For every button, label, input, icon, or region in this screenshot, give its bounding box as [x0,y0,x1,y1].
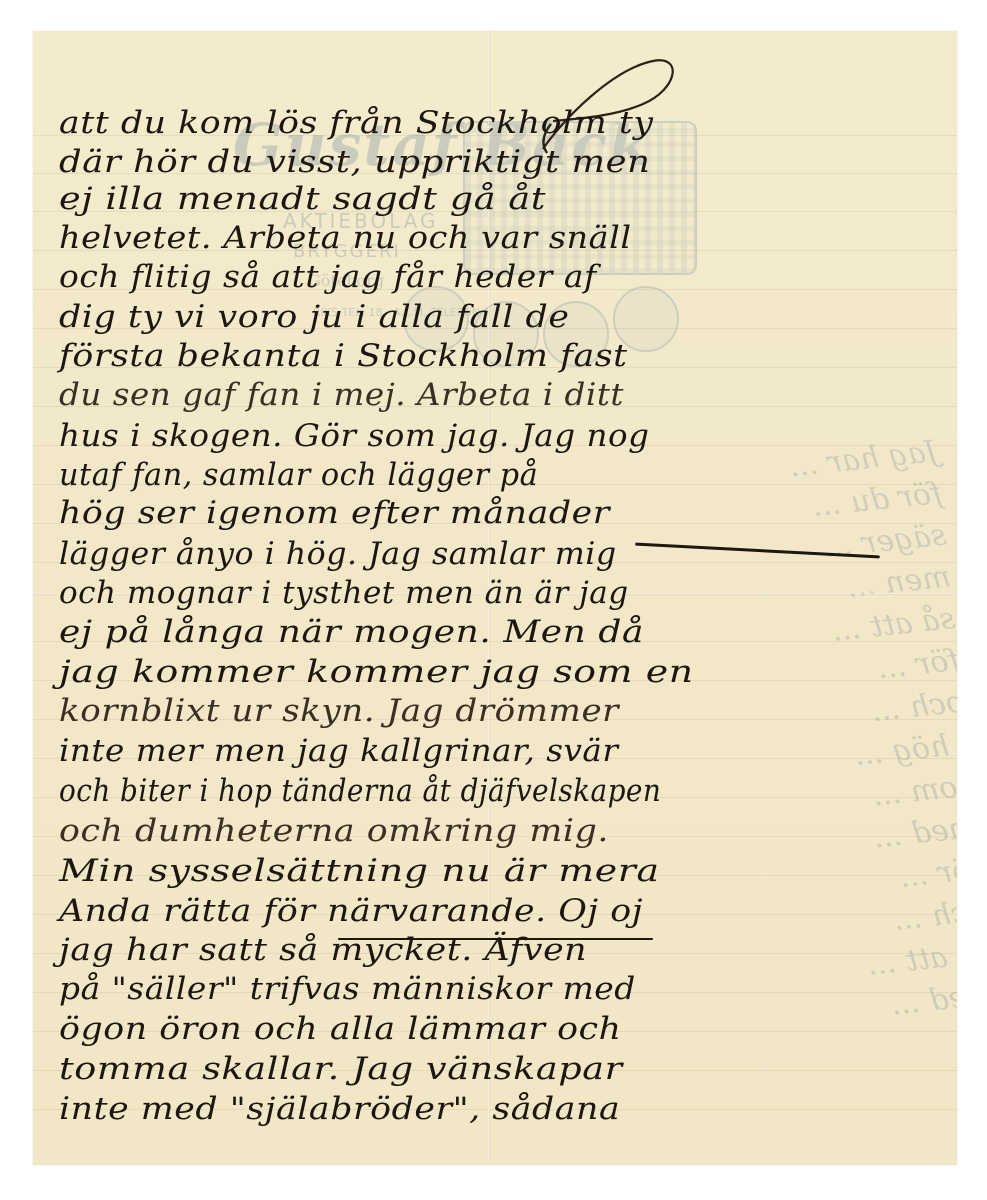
text-line: ögon öron och alla lämmar och [59,1011,622,1047]
text-line: ej på långa när mogen. Men då [59,614,644,650]
text-line: och dumheterna omkring mig. [59,813,609,849]
text-line: tomma skallar. Jag vänskapar [59,1051,623,1087]
text-line: Anda rätta för närvarande. Oj oj [59,893,643,929]
text-line: inte mer men jag kallgrinar, svär [59,733,618,769]
text-line: kornblixt ur skyn. Jag drömmer [59,693,619,729]
text-line: hus i skogen. Gör som jag. Jag nog [59,418,649,454]
underline-stroke [635,543,880,559]
text-line: utaf fan, samlar och lägger på [59,457,538,493]
text-line: och flitig så att jag får heder af [59,259,597,295]
text-line: hög ser igenom efter månader [59,495,610,531]
text-line: ej illa menadt sagdt gå åt [59,181,546,217]
text-line: första bekanta i Stockholm fast [59,338,628,374]
text-line: och biter i hop tänderna åt djäfvelskape… [59,773,661,809]
text-line: helvetet. Arbeta nu och var snäll [59,220,632,256]
text-line: dig ty vi voro ju i alla fall de [59,299,569,335]
text-line: att du kom lös från Stockholm ty [59,105,654,141]
underline-stroke [338,938,653,940]
text-line: och mognar i tysthet men än är jag [59,575,629,611]
text-line: inte med "själabröder", sådana [59,1091,620,1127]
letter-page: Gustaf Bäck AKTIEBOLAG BRYGGERI Göteborg… [33,31,957,1165]
text-line: på "säller" trifvas människor med [59,971,636,1007]
text-line: där hör du visst, uppriktigt men [59,144,650,180]
text-line: lägger ånyo i hög. Jag samlar mig [59,536,617,572]
text-line: Min sysselsättning nu är mera [59,853,660,889]
handwritten-text: att du kom lös från Stockholm ty där hör… [33,31,957,1165]
text-line: du sen gaf fan i mej. Arbeta i ditt [59,377,624,413]
text-line: jag kommer kommer jag som en [59,654,694,690]
